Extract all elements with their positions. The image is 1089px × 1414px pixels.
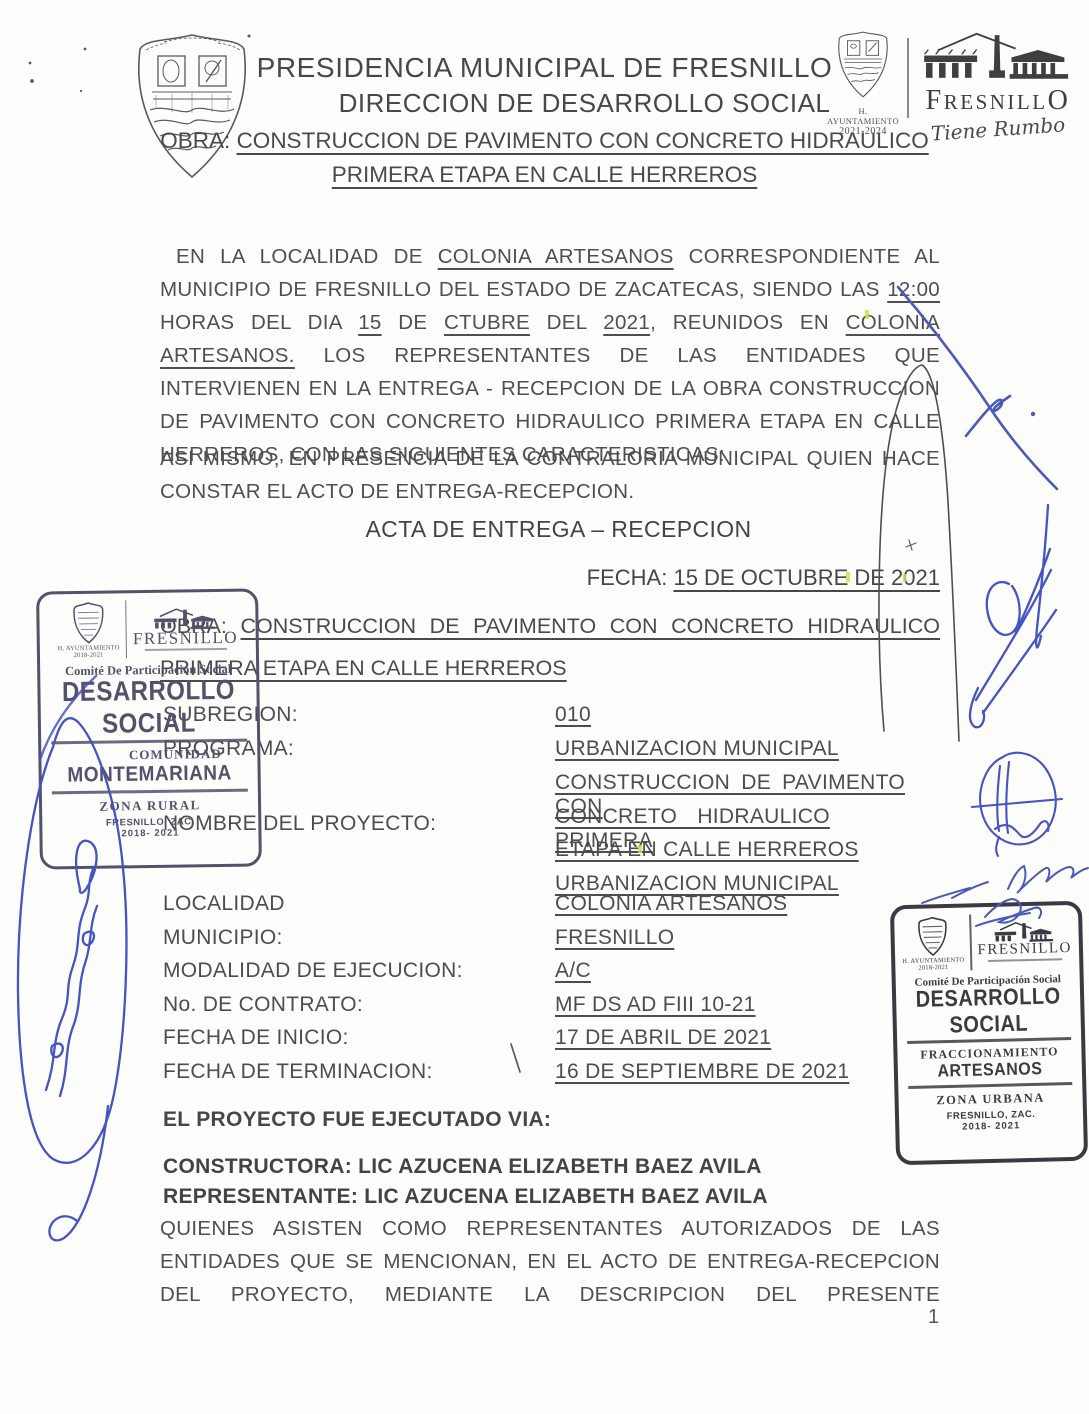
field-value-fecha-terminacion: 16 DE SEPTIEMBRE DE 2021	[555, 1060, 943, 1084]
stamp-crest-years: 2018-2021	[74, 652, 104, 659]
obra-section: OBRA: CONSTRUCCION DE PAVIMENTO CON CONC…	[160, 614, 940, 681]
stamp-header: H. AYUNTAMIENTO 2018-2021 FRESNI	[39, 592, 256, 660]
stamp-divider	[969, 914, 972, 970]
field-label-contrato: No. DE CONTRATO:	[163, 993, 363, 1017]
fecha-value: 15 DE OCTUBRE DE 2021	[673, 565, 940, 590]
stamp-crest-years: 2018-2021	[918, 964, 948, 972]
executed-via-line: EL PROYECTO FUE EJECUTADO VIA:	[163, 1108, 551, 1132]
closing-paragraph: QUIENES ASISTEN COMO REPRESENTANTES AUTO…	[160, 1212, 940, 1311]
field-value-modalidad: A/C	[555, 959, 943, 983]
field-value-localidad: COLONIA ARTESANOS	[555, 892, 943, 916]
fresnillo-brand-logo: FRESNILLO Tiene Rumbo	[914, 30, 1082, 141]
stamp-crest: H. AYUNTAMIENTO 2018-2021	[901, 915, 964, 973]
stamp-crest-icon	[916, 915, 949, 958]
fecha-label: FECHA:	[587, 565, 674, 590]
stamp-zone-class: ZONA URBANA	[898, 1090, 1082, 1109]
acta-title: ACTA DE ENTREGA – RECEPCION	[14, 516, 1089, 543]
header-divider	[907, 38, 909, 118]
second-paragraph: ASI MISMO, EN PRESENCIA DE LA CONTRALORI…	[160, 442, 940, 508]
field-label-localidad: LOCALIDAD	[163, 892, 285, 916]
field-value-nombre-3: ETAPA EN CALLE HERREROS	[555, 838, 943, 862]
field-value-fecha-inicio: 17 DE ABRIL DE 2021	[555, 1026, 943, 1050]
stamp-header: H. AYUNTAMIENTO 2018-2021 FRESNI	[894, 905, 1079, 972]
fecha-line: FECHA: 15 DE OCTUBRE DE 2021	[587, 565, 940, 591]
representante-line: REPRESENTANTE: LIC AZUCENA ELIZABETH BAE…	[163, 1185, 768, 1209]
stamp-brand: FRESNILLO	[133, 606, 239, 650]
stamp-zone-name: ARTESANOS	[898, 1059, 1082, 1083]
obra-line1: OBRA: CONSTRUCCION DE PAVIMENTO CON CONC…	[160, 614, 940, 639]
field-label-municipio: MUNICIPIO:	[163, 926, 283, 950]
stamp-brand-name: FRESNILLO	[977, 941, 1072, 958]
field-value-subregion: 010	[555, 703, 943, 727]
field-value-programa: URBANIZACION MUNICIPAL	[555, 737, 943, 761]
obra-line2: PRIMERA ETAPA EN CALLE HERREROS	[160, 656, 940, 681]
stamp-skyline-icon	[991, 920, 1057, 943]
stamp-brand-name: FRESNILLO	[133, 628, 238, 646]
constructora-line: CONSTRUCTORA: LIC AZUCENA ELIZABETH BAEZ…	[163, 1155, 762, 1179]
intro-paragraph: EN LA LOCALIDAD DE COLONIA ARTESANOS COR…	[160, 240, 940, 471]
field-label-fecha-inicio: FECHA DE INICIO:	[163, 1026, 349, 1050]
stamp-crest: H. AYUNTAMIENTO 2018-2021	[57, 600, 120, 659]
stamp-rule	[52, 789, 248, 795]
stamp-brand-tagline-line	[145, 647, 227, 650]
stamp-years: 2018- 2021	[42, 826, 258, 840]
stamp-rule	[908, 1082, 1072, 1089]
stamp-skyline-icon	[149, 606, 221, 629]
page-number: 1	[928, 1306, 939, 1329]
stamp-desarrollo-social-rural: H. AYUNTAMIENTO 2018-2021 FRESNI	[36, 588, 262, 869]
stamp-zone-class: ZONA RURAL	[42, 796, 258, 815]
field-value-contrato: MF DS AD FIII 10-21	[555, 993, 943, 1017]
stamp-brand-tagline-line	[988, 958, 1062, 962]
stamp-title: DESARROLLO SOCIAL	[40, 674, 257, 741]
stamp-crest-icon	[71, 601, 106, 645]
stamp-desarrollo-social-urbana: H. AYUNTAMIENTO 2018-2021 FRESNI	[890, 901, 1088, 1166]
ayuntamiento-crest-icon	[831, 28, 895, 100]
document-page: PRESIDENCIA MUNICIPAL DE FRESNILLO DIREC…	[0, 0, 1089, 1414]
crest-years: 2021-2024	[824, 126, 902, 137]
obra-header-line2: PRIMERA ETAPA EN CALLE HERREROS	[0, 162, 1089, 188]
stamp-divider	[125, 600, 127, 658]
stamp-title: DESARROLLO SOCIAL	[896, 983, 1081, 1040]
crest-caption: H. AYUNTAMIENTO	[824, 106, 902, 126]
stamp-zone-name: MONTEMARIANA	[41, 761, 257, 788]
field-label-fecha-terminacion: FECHA DE TERMINACION:	[163, 1060, 433, 1084]
field-value-municipio: FRESNILLO	[555, 926, 943, 950]
stamp-brand: FRESNILLO	[977, 920, 1072, 962]
field-label-modalidad: MODALIDAD DE EJECUCION:	[163, 959, 463, 983]
blue-signature-circle	[972, 753, 1062, 856]
ayuntamiento-crest: H. AYUNTAMIENTO 2021-2024	[824, 28, 902, 137]
skyline-icon	[918, 30, 1078, 82]
brand-name: FRESNILLO	[914, 87, 1082, 115]
